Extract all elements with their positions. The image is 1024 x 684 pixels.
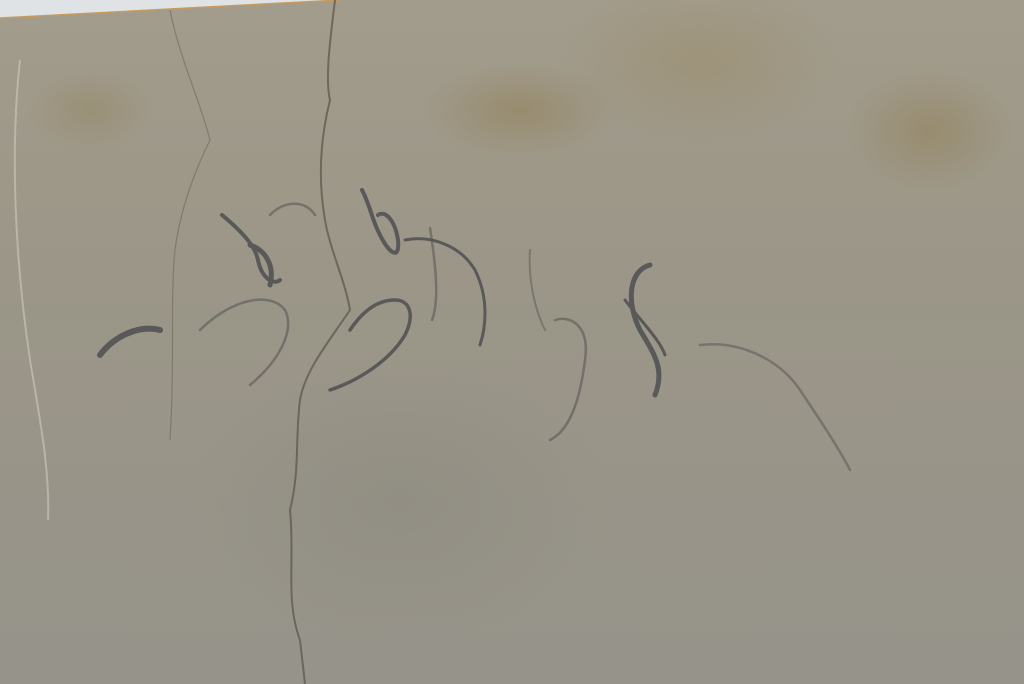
handwritten-inscription xyxy=(100,190,850,470)
paper-surface xyxy=(0,0,1024,684)
crease-highlight xyxy=(15,60,48,520)
crease-crack xyxy=(290,0,350,684)
crease-crack xyxy=(170,10,210,440)
aged-paper-photo xyxy=(0,0,1024,684)
